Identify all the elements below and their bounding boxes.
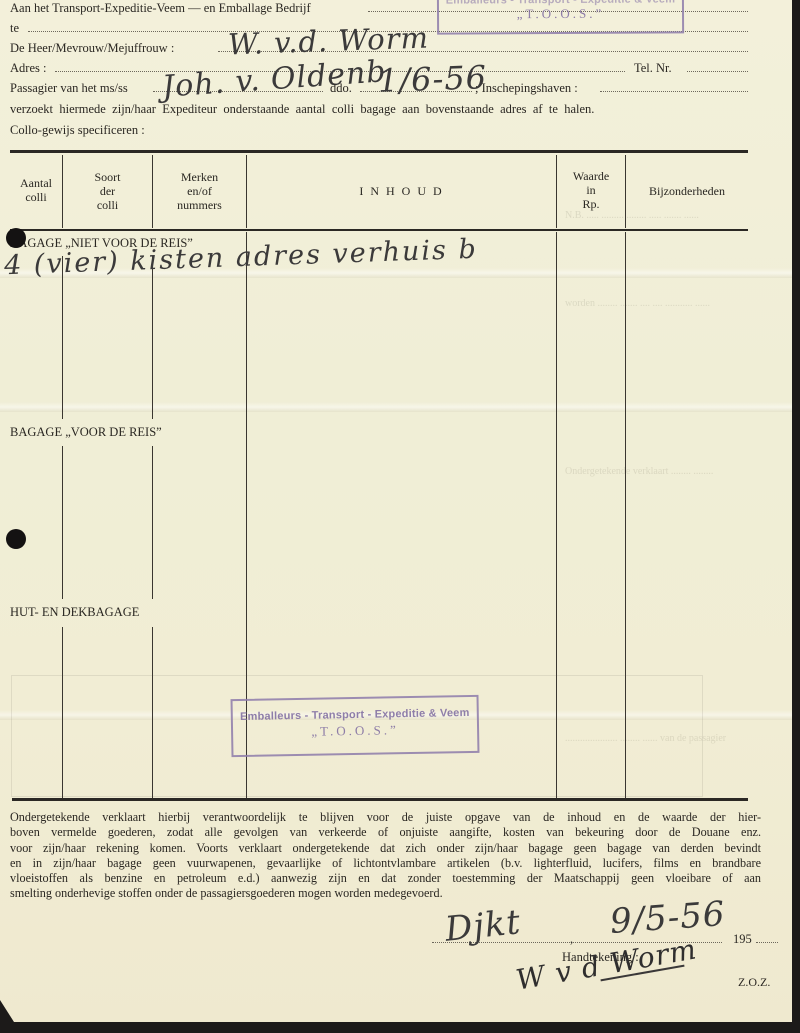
tel-label: Tel. Nr. — [634, 61, 672, 75]
declaration-line: voor zijn/haar rekening komen. Voorts ve… — [10, 841, 761, 856]
year-prefix: 195 — [733, 932, 752, 946]
date-handwritten-value: 1/6-56 — [377, 58, 487, 100]
request-text: verzoekt hiermede zijn/haar Expediteur o… — [10, 102, 594, 116]
col-divider — [62, 446, 63, 599]
specify-label: Collo-gewijs specificeren : — [10, 123, 145, 137]
declaration-paragraph: Ondergetekende verklaart hierbij verantw… — [10, 810, 761, 902]
passenger-label: Passagier van het ms/ss — [10, 81, 128, 95]
col-header-inhoud: I N H O U D — [247, 184, 556, 198]
col-divider — [152, 256, 153, 419]
zoz-label: Z.O.Z. — [738, 975, 770, 989]
section-hut-en-dekbagage: HUT- EN DEKBAGAGE — [10, 605, 139, 619]
declaration-line: en in zijn/haar bagage geen vuurwapenen,… — [10, 856, 761, 871]
punch-hole — [6, 529, 26, 549]
company-stamp-middle: Emballeurs - Transport - Expeditie & Vee… — [231, 695, 480, 757]
section-voor-de-reis: BAGAGE „VOOR DE REIS” — [10, 425, 162, 439]
col-header-aantal-colli: Aantal colli — [10, 176, 62, 204]
punch-hole — [6, 228, 26, 248]
col-header-merken: Merken en/of nummers — [153, 170, 246, 212]
col-header-waarde: Waarde in Rp. — [557, 169, 625, 211]
company-stamp-top: Emballeurs - Transport - Expeditie & Vee… — [437, 0, 684, 35]
form-paper: N.B. ..... ......... ........ ..... ....… — [0, 0, 792, 1022]
ship-handwritten-value: Joh. v. Oldenb — [161, 54, 388, 105]
port-field[interactable] — [600, 91, 748, 92]
col-header-soort-colli: Soort der colli — [63, 170, 152, 212]
declaration-line: Ondergetekende verklaart hierbij verantw… — [10, 810, 761, 825]
col-divider — [556, 155, 557, 228]
declaration-line: boven vermelde goederen, zodat alle gevo… — [10, 825, 761, 840]
bleed-through-text: N.B. ..... ......... ........ ..... ....… — [565, 210, 699, 221]
date-label: ddo. — [330, 81, 352, 95]
table-header-rule — [10, 229, 748, 231]
table-bottom-rule — [12, 798, 748, 801]
col-header-bijzonderheden: Bijzonderheden — [626, 184, 748, 198]
comma: , — [570, 932, 573, 946]
declaration-line: vloeistoffen als benzine en petroleum e.… — [10, 871, 761, 886]
col-divider — [246, 155, 247, 228]
place-handwritten-value: Djkt — [443, 902, 523, 950]
name-handwritten-value: W. v.d. Worm — [227, 21, 429, 62]
addressee-label: Aan het Transport-Expeditie-Veem — en Em… — [10, 1, 311, 15]
bleed-through-text: worden ........ ....... .... .... ......… — [565, 298, 710, 309]
year-suffix-field[interactable] — [756, 942, 778, 943]
stamp-line2: „T.O.O.S.” — [439, 5, 682, 22]
col-divider — [152, 446, 153, 599]
col-divider — [152, 155, 153, 228]
location-label: te — [10, 21, 19, 35]
table-top-rule — [10, 150, 748, 153]
tel-field[interactable] — [687, 71, 748, 72]
paper-crease — [0, 402, 792, 412]
col-divider — [62, 155, 63, 228]
col-divider — [625, 155, 626, 228]
col-divider — [62, 256, 63, 419]
name-label: De Heer/Mevrouw/Mejuffrouw : — [10, 41, 174, 55]
date-signed-handwritten-value: 9/5-56 — [609, 894, 727, 942]
bleed-through-text: Ondergetekende verklaart ........ ......… — [565, 466, 713, 477]
port-label: ; Inschepingshaven : — [475, 81, 578, 95]
stamp-line2: „T.O.O.S.” — [233, 721, 477, 741]
address-label: Adres : — [10, 61, 46, 75]
